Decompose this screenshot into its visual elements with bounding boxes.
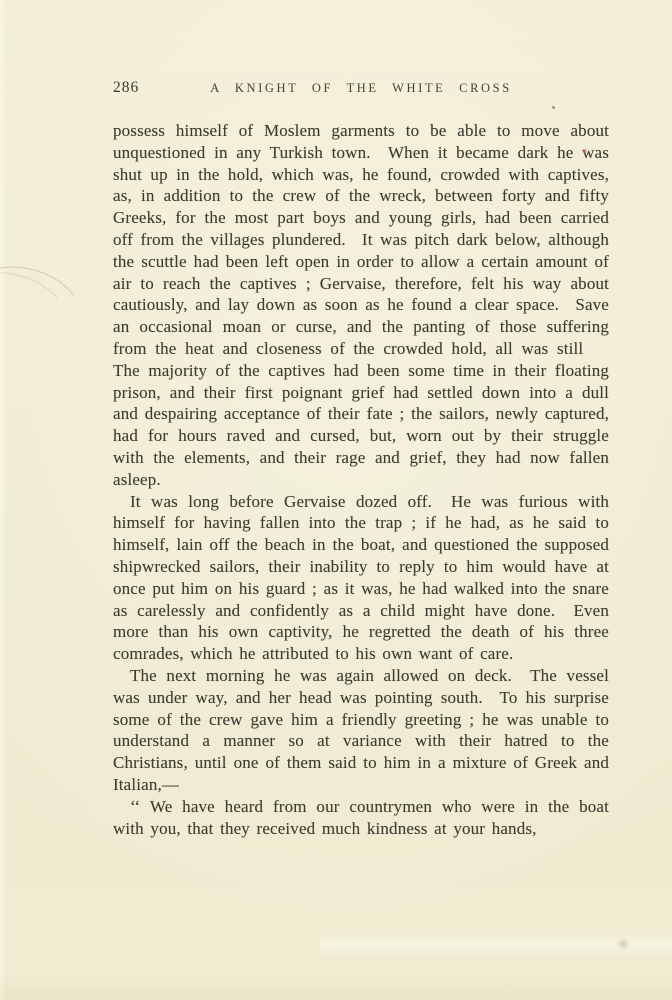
- page-header: 286 A KNIGHT OF THE WHITE CROSS: [113, 81, 609, 99]
- book-page-scan: 286 A KNIGHT OF THE WHITE CROSS possess …: [0, 0, 672, 1000]
- page-bottom-shading: [0, 972, 672, 1000]
- page-number: 286: [113, 79, 139, 97]
- ink-speck: [552, 106, 555, 109]
- paper-crease-mark: [0, 254, 93, 354]
- paper-crease-mark: [0, 261, 74, 346]
- paper-smudge: [616, 938, 630, 950]
- page-edge-highlight: [0, 0, 6, 1000]
- pink-speck: [582, 149, 587, 153]
- paragraph: possess himself of Moslem garments to be…: [113, 120, 609, 491]
- paragraph: It was long before Gervaise dozed off. H…: [113, 491, 609, 665]
- paragraph: ‘‘ We have heard from our countrymen who…: [113, 796, 609, 840]
- page-body: possess himself of Moslem garments to be…: [113, 120, 609, 839]
- paragraph: The next morning he was again allowed on…: [113, 665, 609, 796]
- running-title: A KNIGHT OF THE WHITE CROSS: [113, 81, 609, 96]
